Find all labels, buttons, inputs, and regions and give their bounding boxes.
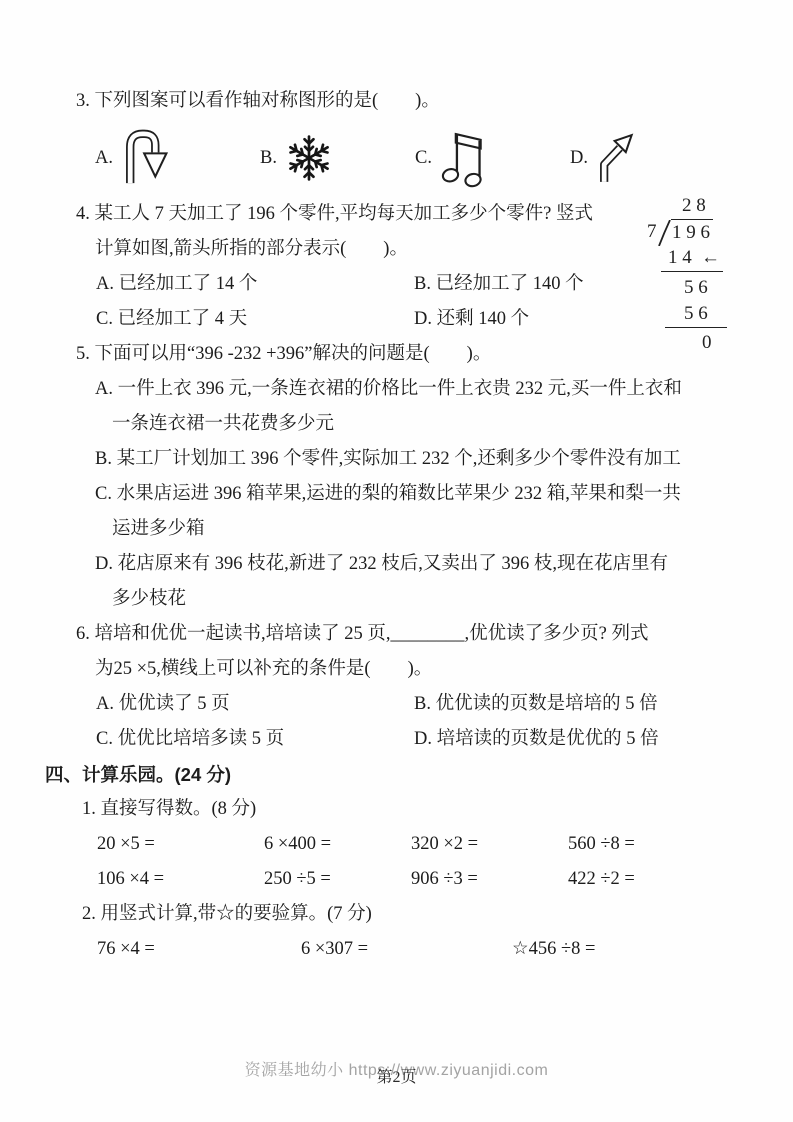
division-arrow-icon: ← — [701, 245, 720, 271]
worksheet-page: 3. 下列图案可以看作轴对称图形的是( )。 A. B. — [0, 0, 793, 1122]
question-5-option-a-line1: A. 一件上衣 396 元,一条连衣裙的价格比一件上衣贵 232 元,买一件上衣… — [95, 372, 760, 407]
u-turn-arrow-icon — [120, 125, 172, 191]
option-c-label: C. — [415, 141, 432, 176]
option-d-label: D. — [570, 141, 588, 176]
vertical-item: 76 ×4 = — [97, 932, 301, 967]
question-6-line1: 6. 培培和优优一起读书,培培读了 25 页,________,优优读了多少页?… — [76, 617, 760, 652]
option-a-label: A. — [95, 141, 113, 176]
section-4: 四、计算乐园。(24 分) 1. 直接写得数。(8 分) 20 ×5 = 6 ×… — [45, 757, 760, 967]
question-5-option-c-line1: C. 水果店运进 396 箱苹果,运进的梨的箱数比苹果少 232 箱,苹果和梨一… — [95, 477, 760, 512]
division-divisor: 7 — [647, 219, 657, 245]
question-4-option-c: C. 已经加工了 4 天 — [96, 302, 414, 337]
question-6: 6. 培培和优优一起读书,培培读了 25 页,________,优优读了多少页?… — [45, 617, 760, 757]
division-line-1 — [661, 271, 723, 272]
division-step3: 5 6 — [684, 301, 708, 327]
oral-item: 906 ÷3 = — [411, 862, 568, 897]
question-6-option-c: C. 优优比培培多读 5 页 — [96, 722, 414, 757]
question-3-option-b: B. — [260, 133, 415, 183]
question-3-option-c: C. — [415, 127, 570, 189]
oral-item: 320 ×2 = — [411, 827, 568, 862]
snowflake-icon — [284, 133, 334, 183]
vertical-item: 6 ×307 = — [301, 932, 512, 967]
question-6-option-b: B. 优优读的页数是培培的 5 倍 — [414, 687, 760, 722]
division-quotient: 2 8 — [682, 193, 706, 219]
division-step2: 5 6 — [684, 275, 708, 301]
vertical-item: ☆456 ÷8 = — [512, 932, 760, 967]
question-5: 5. 下面可以用“396 -232 +396”解决的问题是( )。 A. 一件上… — [45, 337, 760, 617]
division-bracket — [658, 220, 671, 246]
oral-item: 106 ×4 = — [97, 862, 264, 897]
question-3-option-a: A. — [95, 125, 260, 191]
question-5-option-b: B. 某工厂计划加工 396 个零件,实际加工 232 个,还剩多少个零件没有加… — [95, 442, 760, 477]
oral-calc-row-1: 20 ×5 = 6 ×400 = 320 ×2 = 560 ÷8 = — [97, 827, 760, 862]
oral-item: 6 ×400 = — [264, 827, 411, 862]
oral-item: 560 ÷8 = — [568, 827, 760, 862]
question-3-options: A. B. — [95, 119, 760, 197]
long-division-figure: 2 8 7 1 9 6 1 4 ← 5 6 5 6 0 — [645, 193, 760, 358]
question-3-option-d: D. — [570, 128, 760, 188]
division-dividend: 1 9 6 — [671, 219, 713, 246]
oral-item: 250 ÷5 = — [264, 862, 411, 897]
question-5-option-d-line1: D. 花店原来有 396 枝花,新进了 232 枝后,又卖出了 396 枝,现在… — [95, 547, 760, 582]
oral-item: 20 ×5 = — [97, 827, 264, 862]
question-6-options: A. 优优读了 5 页 B. 优优读的页数是培培的 5 倍 C. 优优比培培多读… — [96, 687, 760, 757]
section-4-header: 四、计算乐园。(24 分) — [45, 757, 760, 792]
division-remainder: 0 — [702, 330, 712, 356]
vertical-calc-row: 76 ×4 = 6 ×307 = ☆456 ÷8 = — [97, 932, 760, 967]
bent-arrow-icon — [595, 128, 639, 188]
oral-calc-row-2: 106 ×4 = 250 ÷5 = 906 ÷3 = 422 ÷2 = — [97, 862, 760, 897]
question-6-option-d: D. 培培读的页数是优优的 5 倍 — [414, 722, 760, 757]
question-6-option-a: A. 优优读了 5 页 — [96, 687, 414, 722]
page-number: 第2页 — [0, 1064, 793, 1087]
question-4-option-a: A. 已经加工了 14 个 — [96, 267, 414, 302]
question-5-option-d-line2: 多少枝花 — [112, 582, 760, 617]
music-notes-icon — [439, 127, 485, 189]
question-5-option-a-line2: 一条连衣裙一共花费多少元 — [112, 407, 760, 442]
question-6-line2: 为25 ×5,横线上可以补充的条件是( )。 — [95, 652, 760, 687]
section-4-sub1-title: 1. 直接写得数。(8 分) — [82, 792, 760, 827]
option-b-label: B. — [260, 141, 277, 176]
division-line-2 — [665, 327, 727, 328]
question-5-option-c-line2: 运进多少箱 — [112, 512, 760, 547]
division-step1: 1 4 — [668, 245, 692, 271]
oral-item: 422 ÷2 = — [568, 862, 760, 897]
section-4-sub2-title: 2. 用竖式计算,带☆的要验算。(7 分) — [82, 897, 760, 932]
question-3-text: 3. 下列图案可以看作轴对称图形的是( )。 — [76, 84, 760, 119]
